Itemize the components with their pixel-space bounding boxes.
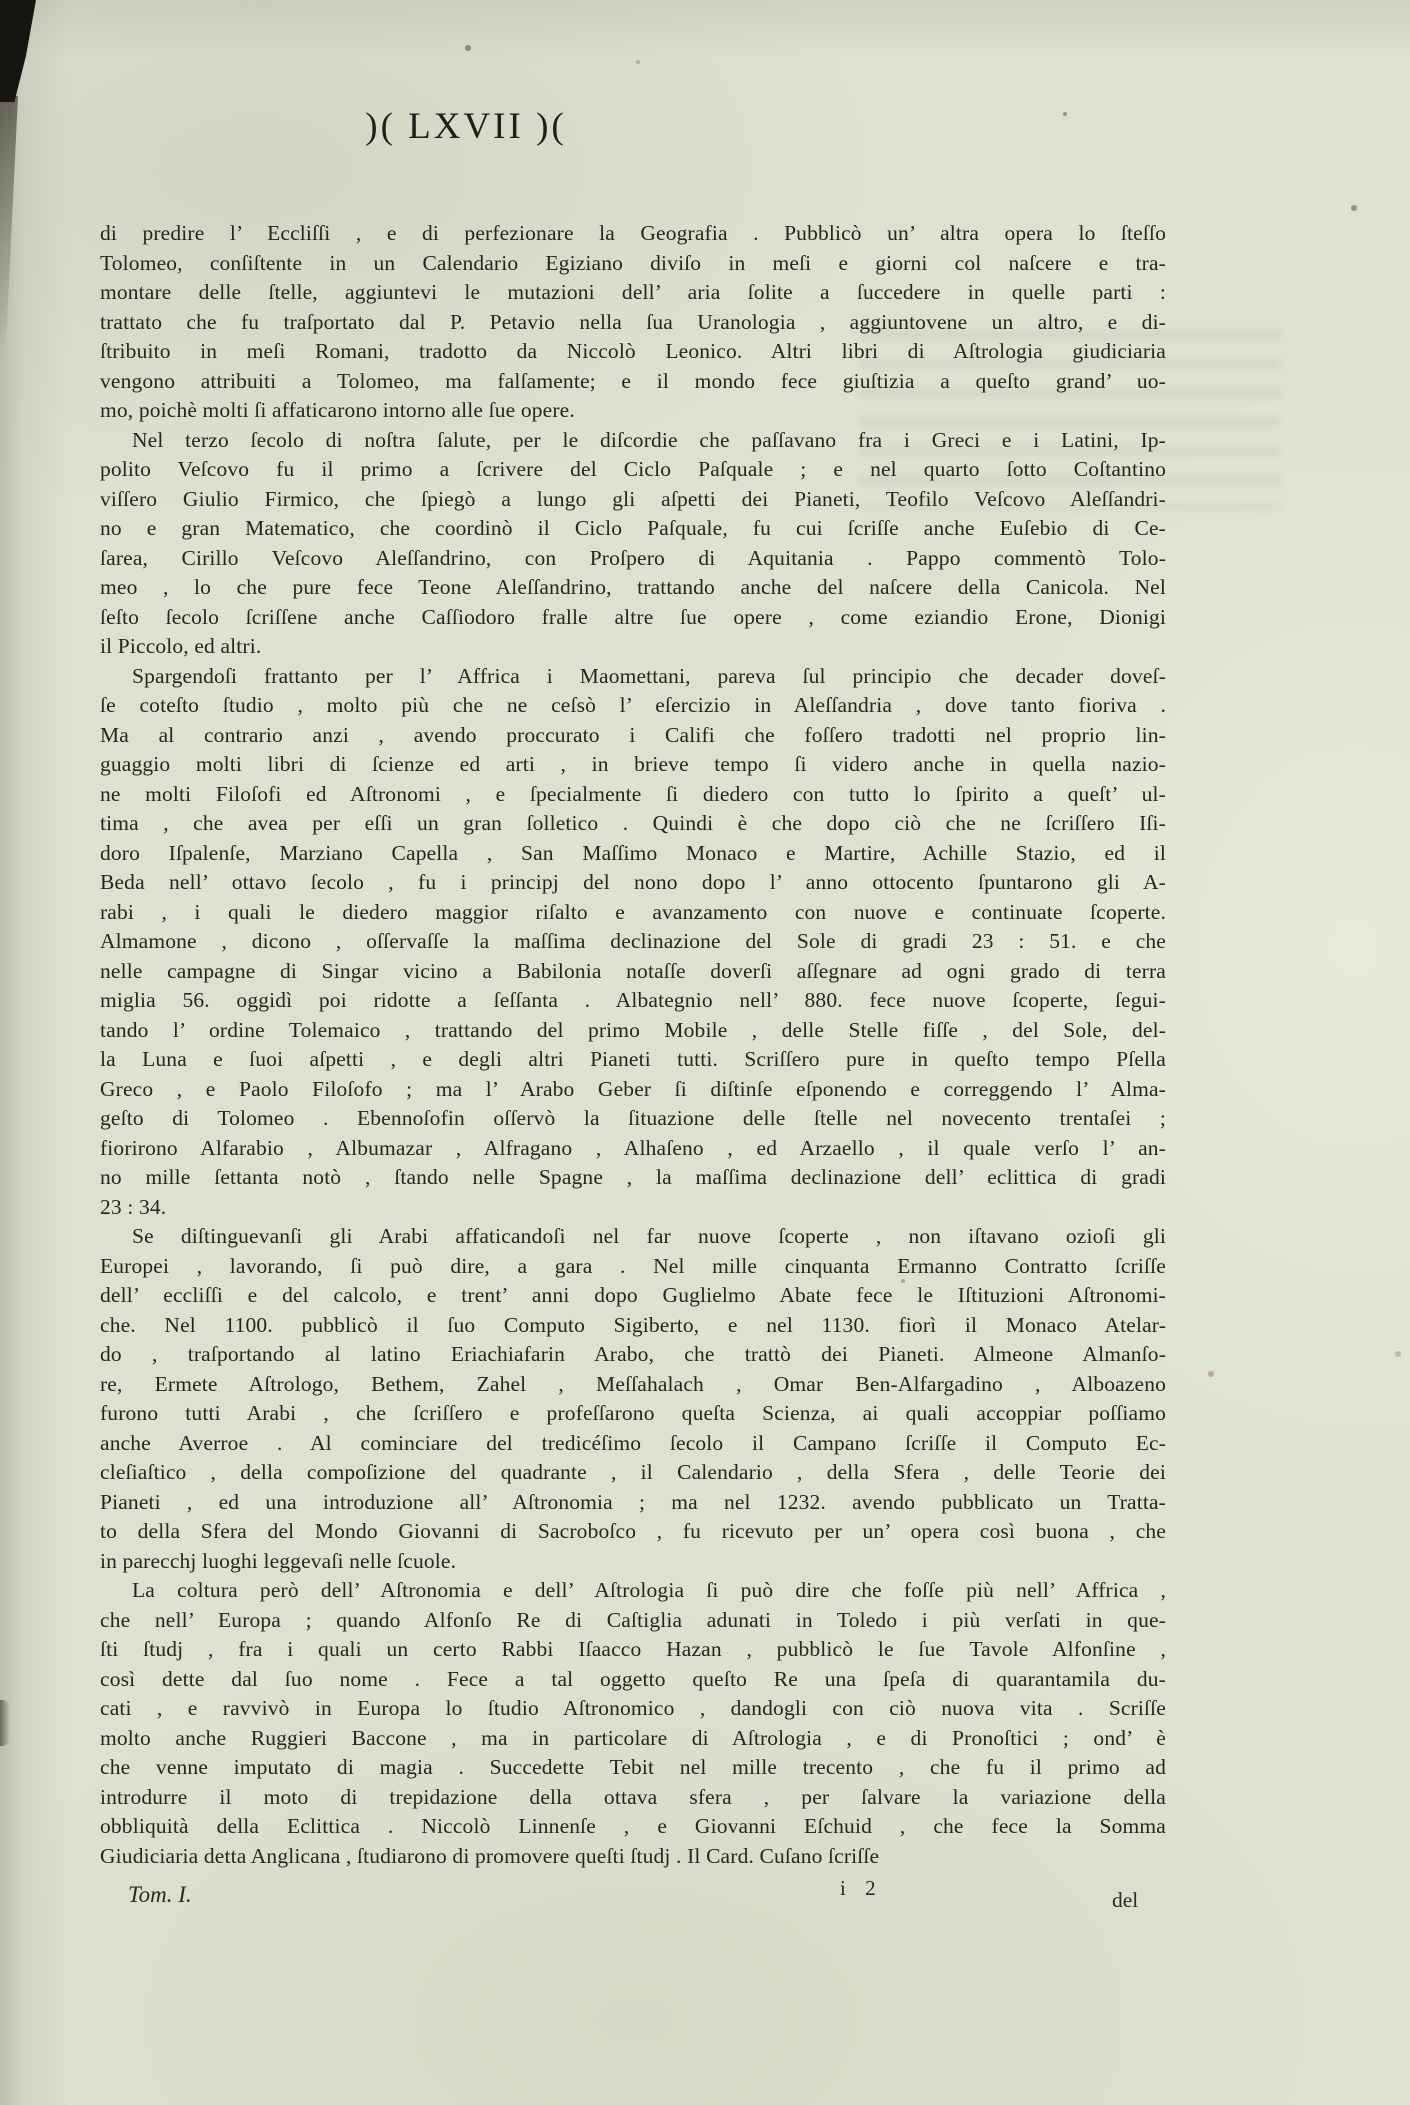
text-line: obbliquità della Eclittica . Niccolò Lin… bbox=[100, 1812, 1166, 1842]
text-line: introdurre il moto di trepidazione della… bbox=[100, 1783, 1166, 1813]
text-line: guaggio molti libri di ſcienze ed arti ,… bbox=[100, 750, 1166, 780]
text-line: doro Iſpalenſe, Marziano Capella , San M… bbox=[100, 839, 1166, 869]
text-line: così dette dal ſuo nome . Fece a tal ogg… bbox=[100, 1665, 1166, 1695]
text-line: miglia 56. oggidì poi ridotte a ſeſſanta… bbox=[100, 986, 1166, 1016]
text-line: montare delle ſtelle, aggiuntevi le muta… bbox=[100, 278, 1166, 308]
text-line: La coltura però dell’ Aſtronomia e dell’… bbox=[100, 1576, 1166, 1606]
text-line: re, Ermete Aſtrologo, Bethem, Zahel , Me… bbox=[100, 1370, 1166, 1400]
text-line: dell’ eccliſſi e del calcolo, e trent’ a… bbox=[100, 1281, 1166, 1311]
text-line: fiorirono Alfarabio , Albumazar , Alfrag… bbox=[100, 1134, 1166, 1164]
text-line: Nel terzo ſecolo di noſtra ſalute, per l… bbox=[100, 426, 1166, 456]
text-line: no mille ſettanta notò , ſtando nelle Sp… bbox=[100, 1163, 1166, 1193]
text-line: viſſero Giulio Firmico, che ſpiegò a lun… bbox=[100, 485, 1166, 515]
text-line: Almamone , dicono , oſſervaſſe la maſſim… bbox=[100, 927, 1166, 957]
scan-edge-shadow bbox=[0, 96, 18, 356]
text-line: polito Veſcovo fu il primo a ſcrivere de… bbox=[100, 455, 1166, 485]
catchword: del bbox=[1112, 1888, 1138, 1913]
text-line: furono tutti Arabi , che ſcriſſero e pro… bbox=[100, 1399, 1166, 1429]
text-line: tando l’ ordine Tolemaico , trattando de… bbox=[100, 1016, 1166, 1046]
text-line: vengono attribuiti a Tolomeo, ma falſame… bbox=[100, 367, 1166, 397]
text-line: Ma al contrario anzi , avendo proccurato… bbox=[100, 721, 1166, 751]
text-line: trattato che fu traſportato dal P. Petav… bbox=[100, 308, 1166, 338]
text-line: meo , lo che pure fece Teone Aleſſandrin… bbox=[100, 573, 1166, 603]
text-line: ne molti Filoſofi ed Aſtronomi , e ſpeci… bbox=[100, 780, 1166, 810]
text-line: tima , che avea per eſſi un gran ſolleti… bbox=[100, 809, 1166, 839]
text-line: ſeſto ſecolo ſcriſſene anche Caſſiodoro … bbox=[100, 603, 1166, 633]
text-block: di predire l’ Eccliſſi , e di perfeziona… bbox=[100, 219, 1166, 1871]
text-line: anche Averroe . Al cominciare del tredic… bbox=[100, 1429, 1166, 1459]
text-line: molto anche Ruggieri Baccone , ma in par… bbox=[100, 1724, 1166, 1754]
scan-corner-shadow bbox=[0, 0, 36, 102]
text-line: Pianeti , ed una introduzione all’ Aſtro… bbox=[100, 1488, 1166, 1518]
text-line: geſto di Tolomeo . Ebennoſofin oſſervò l… bbox=[100, 1104, 1166, 1134]
text-line: no e gran Matematico, che coordinò il Ci… bbox=[100, 514, 1166, 544]
scan-edge-mark bbox=[0, 1700, 10, 1746]
text-line: in parecchj luoghi leggevaſi nelle ſcuol… bbox=[100, 1547, 1166, 1577]
text-line: Beda nell’ ottavo ſecolo , fu i principj… bbox=[100, 868, 1166, 898]
text-line: Tolomeo, conſiſtente in un Calendario Eg… bbox=[100, 249, 1166, 279]
book-page: )( LXVII )( di predire l’ Eccliſſi , e d… bbox=[0, 0, 1410, 2105]
text-line: che. Nel 1100. pubblicò il ſuo Computo S… bbox=[100, 1311, 1166, 1341]
text-line: cleſiaſtico , della compoſizione del qua… bbox=[100, 1458, 1166, 1488]
text-line: nelle campagne di Singar vicino a Babilo… bbox=[100, 957, 1166, 987]
text-line: il Piccolo, ed altri. bbox=[100, 632, 1166, 662]
text-line: ſe coteſto ſtudio , molto più che ne ceſ… bbox=[100, 691, 1166, 721]
text-line: ſarea, Cirillo Veſcovo Aleſſandrino, con… bbox=[100, 544, 1166, 574]
text-line: mo, poichè molti ſi affaticarono intorno… bbox=[100, 396, 1166, 426]
text-line: cati , e ravvivò in Europa lo ſtudio Aſt… bbox=[100, 1694, 1166, 1724]
page-number-header: )( LXVII )( bbox=[100, 106, 832, 148]
text-line: la Luna e ſuoi aſpetti , e degli altri P… bbox=[100, 1045, 1166, 1075]
text-line: di predire l’ Eccliſſi , e di perfeziona… bbox=[100, 219, 1166, 249]
text-line: to della Sfera del Mondo Giovanni di Sac… bbox=[100, 1517, 1166, 1547]
text-line: ſti ſtudj , fra i quali un certo Rabbi I… bbox=[100, 1635, 1166, 1665]
text-line: do , traſportando al latino Eriachiafari… bbox=[100, 1340, 1166, 1370]
signature-mark: i 2 bbox=[840, 1876, 876, 1901]
text-line: che nell’ Europa ; quando Alfonſo Re di … bbox=[100, 1606, 1166, 1636]
paper-specks bbox=[0, 0, 4, 4]
text-line: Se diſtinguevanſi gli Arabi affaticandoſ… bbox=[100, 1222, 1166, 1252]
text-line: ſtribuito in meſi Romani, tradotto da Ni… bbox=[100, 337, 1166, 367]
text-line: Europei , lavorando, ſi può dire, a gara… bbox=[100, 1252, 1166, 1282]
text-line: che venne imputato di magia . Succedette… bbox=[100, 1753, 1166, 1783]
text-line: Giudiciaria detta Anglicana , ſtudiarono… bbox=[100, 1842, 1166, 1872]
text-line: Spargendoſi frattanto per l’ Affrica i M… bbox=[100, 662, 1166, 692]
text-line: rabi , i quali le diedero maggior riſalt… bbox=[100, 898, 1166, 928]
text-line: 23 : 34. bbox=[100, 1193, 1166, 1223]
volume-label: Tom. I. bbox=[128, 1882, 192, 1908]
text-line: Greco , e Paolo Filoſofo ; ma l’ Arabo G… bbox=[100, 1075, 1166, 1105]
